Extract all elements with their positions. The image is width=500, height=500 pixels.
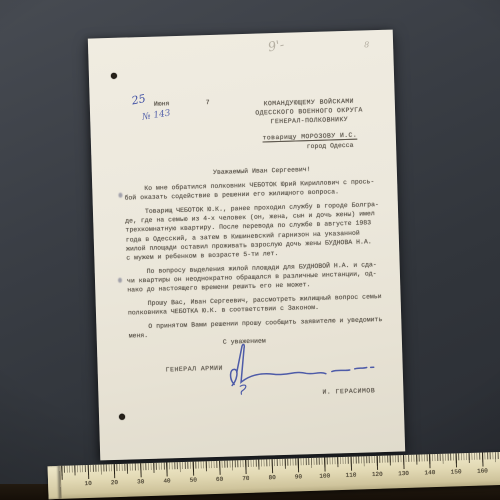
punch-hole-bottom bbox=[119, 414, 125, 420]
salutation: Уважаемый Иван Сергеевич! bbox=[172, 164, 352, 179]
typed-date-extra: 7 bbox=[206, 98, 210, 107]
paragraph: Прошу Вас, Иван Сергеевич, рассмотреть ж… bbox=[128, 292, 384, 318]
ruler-number: 100 bbox=[319, 472, 330, 479]
ruler-number: 60 bbox=[216, 476, 223, 483]
pencil-annotation: 9'- bbox=[267, 38, 286, 56]
ruler-number: 120 bbox=[372, 471, 383, 478]
ruler-number: 160 bbox=[477, 467, 488, 474]
document-page: 9'- 8 25 Июня 7 № 143 КОМАНДУЮЩЕМУ ВОЙСК… bbox=[88, 30, 405, 461]
ruler-number: 30 bbox=[137, 478, 144, 485]
ink-smudge bbox=[118, 278, 122, 283]
ruler-number: 150 bbox=[451, 468, 462, 475]
ruler-number: 140 bbox=[424, 469, 435, 476]
ruler-number: 90 bbox=[295, 473, 302, 480]
signer-name: И. ГЕРАСИМОВ bbox=[322, 386, 375, 397]
ruler-number: 130 bbox=[398, 470, 409, 477]
recipient-city: город Одесса bbox=[233, 140, 387, 154]
ruler-number: 70 bbox=[242, 475, 249, 482]
letter-body: Ко мне обратился полковник ЧЕБОТОК Юрий … bbox=[124, 177, 385, 345]
handwritten-date-day: 25 bbox=[130, 92, 146, 108]
paragraph: Товарищ ЧЕБОТОК Ю.К., ранее проходил слу… bbox=[125, 200, 383, 263]
page-number: 8 bbox=[364, 40, 369, 49]
ruler-number: 50 bbox=[190, 477, 197, 484]
ink-smudge bbox=[118, 193, 122, 198]
ruler-number: 10 bbox=[84, 480, 91, 487]
ruler-number: 40 bbox=[163, 477, 170, 484]
paragraph: По вопросу выделения жилой площади для Б… bbox=[127, 260, 384, 295]
paragraph: Ко мне обратился полковник ЧЕБОТОК Юрий … bbox=[124, 177, 380, 203]
ruler-number: 20 bbox=[111, 479, 118, 486]
typed-date-month: Июня bbox=[154, 99, 170, 109]
ruler-number: 110 bbox=[346, 472, 357, 479]
photo-background: 9'- 8 25 Июня 7 № 143 КОМАНДУЮЩЕМУ ВОЙСК… bbox=[0, 0, 500, 500]
punch-hole-top bbox=[111, 73, 117, 79]
signer-rank: ГЕНЕРАЛ АРМИИ bbox=[166, 364, 223, 375]
ruler-number: 80 bbox=[268, 474, 275, 481]
handwritten-doc-number: № 143 bbox=[142, 109, 172, 123]
recipient-block: КОМАНДУЮЩЕМУ ВОЙСКАМИ ОДЕССКОГО ВОЕННОГО… bbox=[232, 96, 388, 154]
